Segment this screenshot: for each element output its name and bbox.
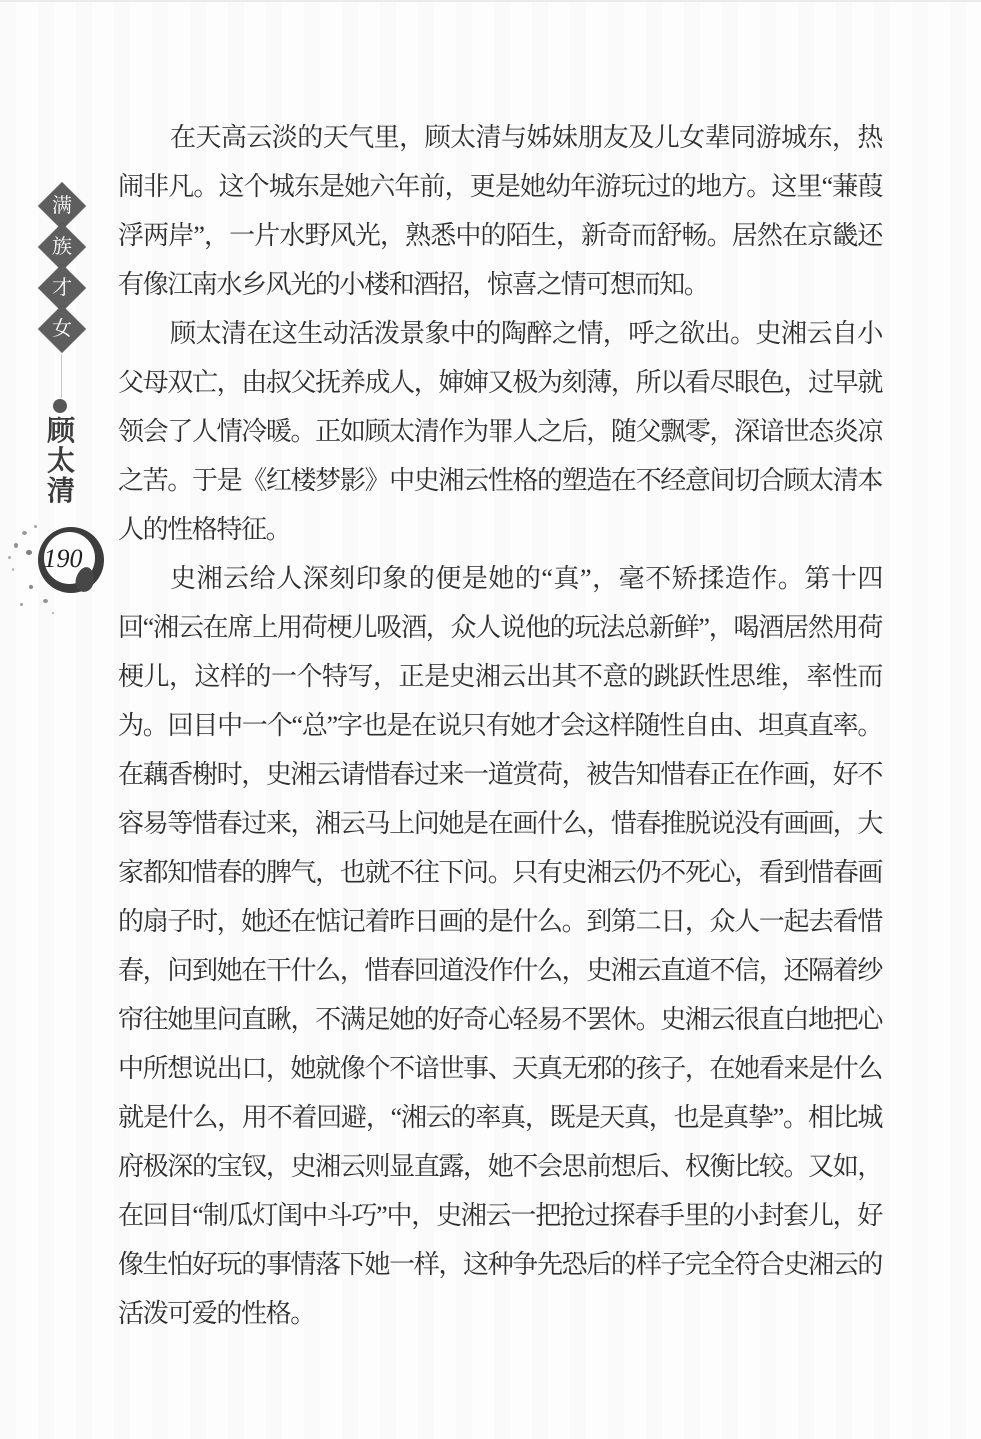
ink-speckle xyxy=(43,599,48,603)
ornament-dot xyxy=(53,399,67,413)
paragraph-3: 史湘云给人深刻印象的便是她的“真”，毫不矫揉造作。第十四回“湘云在席上用荷梗儿吸… xyxy=(118,554,882,1338)
paragraph-2: 顾太清在这生动活泼景象中的陶醉之情，呼之欲出。史湘云自小父母双亡，由叔父抚养成人… xyxy=(118,309,882,554)
ink-speckle xyxy=(14,543,18,548)
page-number-badge: 190 xyxy=(38,527,104,593)
ink-speckle xyxy=(22,531,27,535)
ink-speckle xyxy=(20,603,23,606)
ink-speckle xyxy=(29,585,33,589)
series-char: 族 xyxy=(45,230,79,264)
ink-speckle xyxy=(52,612,54,614)
body-text: 在天高云淡的天气里，顾太清与姊妹朋友及儿女辈同游城东，热闹非凡。这个城东是她六年… xyxy=(118,113,882,1338)
ink-speckle xyxy=(34,525,37,528)
ink-speckle xyxy=(12,568,14,571)
ink-speckle xyxy=(26,550,32,555)
series-char: 女 xyxy=(45,312,79,346)
author-char: 顾 xyxy=(38,417,84,447)
series-char: 满 xyxy=(45,189,79,223)
series-title-diamond-4: 女 xyxy=(38,305,86,353)
author-char: 清 xyxy=(38,477,84,507)
author-name-vertical: 顾 太 清 xyxy=(38,417,84,507)
book-page: 满 族 才 女 顾 太 清 190 在天高云淡的天气里，顾太清与姊妹朋友及儿女辈… xyxy=(0,0,981,1439)
ornament-vertical-line xyxy=(61,354,62,398)
series-char: 才 xyxy=(45,271,79,305)
scan-edge xyxy=(0,0,981,2)
ink-speckle xyxy=(8,556,11,559)
author-char: 太 xyxy=(38,447,84,477)
paragraph-1: 在天高云淡的天气里，顾太清与姊妹朋友及儿女辈同游城东，热闹非凡。这个城东是她六年… xyxy=(118,113,882,309)
